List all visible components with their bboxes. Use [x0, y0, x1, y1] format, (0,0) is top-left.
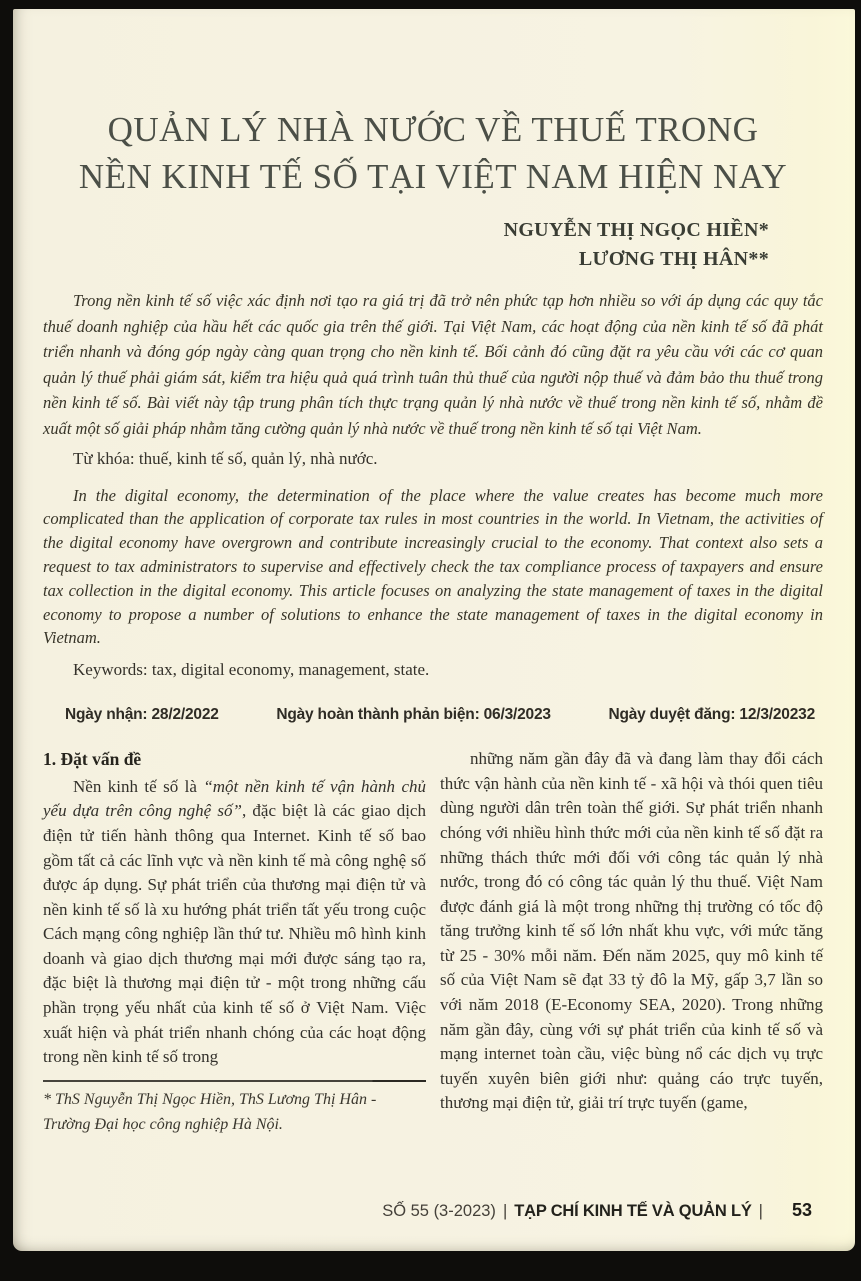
author-list: NGUYỄN THỊ NGỌC HIỀN* LƯƠNG THỊ HÂN**	[43, 216, 823, 274]
body-columns: 1. Đặt vấn đề Nền kinh tế số là “một nền…	[43, 747, 823, 1137]
author-footnote: * ThS Nguyễn Thị Ngọc Hiền, ThS Lương Th…	[43, 1087, 426, 1137]
article-title: QUẢN LÝ NHÀ NƯỚC VỀ THUẾ TRONG NỀN KINH …	[43, 106, 823, 200]
body-column-right: những năm gần đây đã và đang làm thay đổ…	[440, 747, 823, 1137]
footnote-divider	[43, 1080, 426, 1082]
footer-page-number: 53	[792, 1200, 812, 1220]
footer-separator: |	[503, 1202, 507, 1220]
author-name: NGUYỄN THỊ NGỌC HIỀN*	[43, 216, 769, 245]
date-received: Ngày nhận: 28/2/2022	[65, 706, 219, 724]
body-paragraph-left: Nền kinh tế số là “một nền kinh tế vận h…	[43, 775, 426, 1070]
page-footer: SỐ 55 (3-2023)|TẠP CHÍ KINH TẾ VÀ QUẢN L…	[382, 1200, 812, 1221]
footer-separator: |	[759, 1202, 763, 1220]
footer-issue: SỐ 55 (3-2023)	[382, 1202, 496, 1220]
article-title-line2: NỀN KINH TẾ SỐ TẠI VIỆT NAM HIỆN NAY	[43, 153, 823, 200]
article-dates-row: Ngày nhận: 28/2/2022 Ngày hoàn thành phả…	[43, 706, 823, 724]
keywords-english: Keywords: tax, digital economy, manageme…	[43, 658, 823, 682]
scanned-paper-page: QUẢN LÝ NHÀ NƯỚC VỀ THUẾ TRONG NỀN KINH …	[13, 9, 855, 1251]
date-accepted: Ngày duyệt đăng: 12/3/20232	[608, 706, 815, 724]
section-heading-1: 1. Đặt vấn đề	[43, 747, 426, 772]
paragraph-text: , đặc biệt là các giao dịch điện tử tiến…	[43, 801, 426, 1066]
abstract-english: In the digital economy, the determinatio…	[43, 484, 823, 651]
abstract-vietnamese: Trong nền kinh tế số việc xác định nơi t…	[43, 288, 823, 442]
keywords-vietnamese: Từ khóa: thuế, kinh tế số, quản lý, nhà …	[43, 447, 823, 471]
body-column-left: 1. Đặt vấn đề Nền kinh tế số là “một nền…	[43, 747, 426, 1137]
author-name: LƯƠNG THỊ HÂN**	[43, 245, 769, 274]
footer-journal-name: TẠP CHÍ KINH TẾ VÀ QUẢN LÝ	[514, 1202, 751, 1220]
paragraph-text: Nền kinh tế số là	[73, 777, 203, 796]
body-paragraph-right: những năm gần đây đã và đang làm thay đổ…	[440, 747, 823, 1116]
date-review-completed: Ngày hoàn thành phản biện: 06/3/2023	[276, 706, 550, 724]
article-title-line1: QUẢN LÝ NHÀ NƯỚC VỀ THUẾ TRONG	[43, 106, 823, 153]
